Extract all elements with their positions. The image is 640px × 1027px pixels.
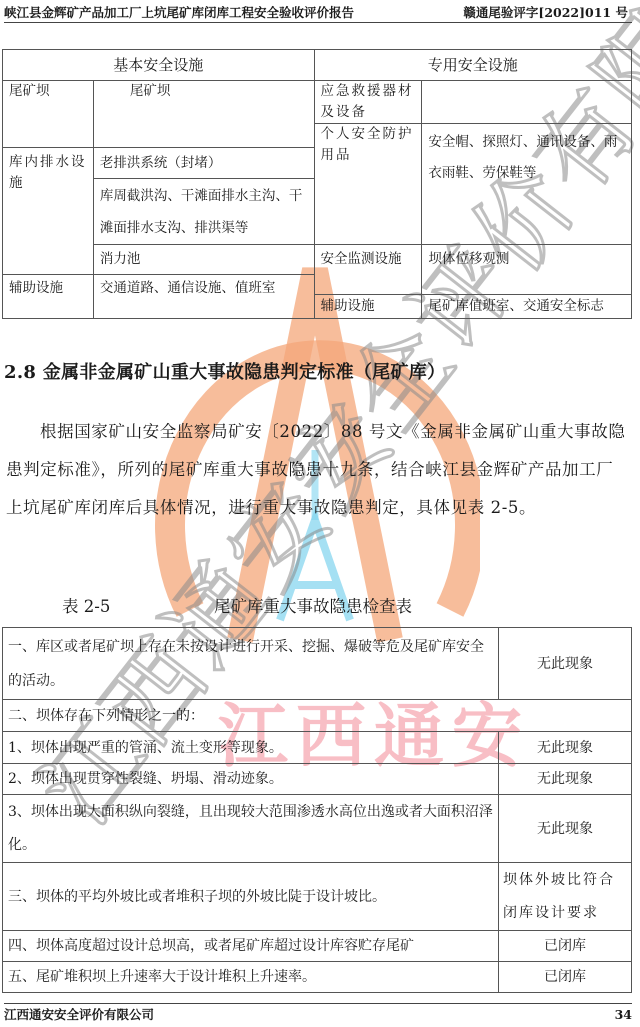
hazard-result: 无此现象 — [499, 795, 632, 863]
special-category: 应急救援器材及设备 — [314, 81, 422, 124]
body-paragraph: 根据国家矿山安全监察局矿安〔2022〕88 号文《金属非金属矿山重大事故隐患判定… — [6, 413, 630, 527]
hazard-result: 无此现象 — [499, 732, 632, 764]
hazard-item: 三、坝体的平均外坡比或者堆积子坝的外坡比陡于设计坡比。 — [3, 863, 499, 931]
table-row: 尾矿坝 尾矿坝 应急救援器材及设备 — [3, 81, 632, 124]
company-name: 江西通安安全评价有限公司 — [4, 1005, 154, 1023]
basic-facilities-header: 基本安全设施 — [3, 50, 315, 81]
table-number: 表 2-5 — [62, 593, 110, 617]
table-row: 2、坝体出现贯穿性裂缝、坍塌、滑动迹象。 无此现象 — [3, 764, 632, 795]
report-title: 峡江县金辉矿产品加工厂上坑尾矿库闭库工程安全验收评价报告 — [4, 3, 354, 21]
hazard-result: 坝体外坡比符合闭库设计要求 — [499, 863, 632, 931]
special-category: 辅助设施 — [314, 295, 422, 319]
hazard-result: 已闭库 — [499, 962, 632, 993]
table-row: 五、尾矿堆积坝上升速率大于设计堆积上升速率。 已闭库 — [3, 962, 632, 993]
hazard-item: 二、坝体存在下列情形之一的： — [3, 700, 632, 732]
special-facilities-header: 专用安全设施 — [314, 50, 632, 81]
hazard-check-table: 一、库区或者尾矿坝上存在未按设计进行开采、挖掘、爆破等危及尾矿库安全的活动。 无… — [2, 627, 632, 993]
basic-item: 尾矿坝 — [93, 81, 314, 148]
table-row: 消力池 安全监测设施 坝体位移观测 — [3, 245, 632, 275]
basic-category: 辅助设施 — [3, 275, 94, 319]
hazard-item: 五、尾矿堆积坝上升速率大于设计堆积上升速率。 — [3, 962, 499, 993]
special-category: 个人安全防护用品 — [314, 124, 422, 245]
special-category: 安全监测设施 — [314, 245, 422, 295]
special-value — [422, 81, 632, 124]
section-heading: 2.8 金属非金属矿山重大事故隐患判定标准（尾矿库） — [4, 358, 445, 384]
safety-facilities-table: 基本安全设施 专用安全设施 尾矿坝 尾矿坝 应急救援器材及设备 个人安全防护用品… — [2, 49, 632, 319]
page-footer: 江西通安安全评价有限公司 34 — [4, 1003, 632, 1024]
table-row: 四、坝体高度超过设计总坝高，或者尾矿库超过设计库容贮存尾矿 已闭库 — [3, 931, 632, 962]
table-header-row: 基本安全设施 专用安全设施 — [3, 50, 632, 81]
special-value: 安全帽、探照灯、通讯设备、雨衣雨鞋、劳保鞋等 — [422, 124, 632, 245]
special-value: 坝体位移观测 — [422, 245, 632, 295]
hazard-item: 3、坝体出现大面积纵向裂缝，且出现较大范围渗透水高位出逸或者大面积沼泽化。 — [3, 795, 499, 863]
special-value: 尾矿库值班室、交通安全标志 — [422, 295, 632, 319]
document-number: 赣通尾验评字[2022]011 号 — [463, 3, 632, 21]
table-title: 尾矿库重大事故隐患检查表 — [214, 593, 412, 617]
hazard-item: 四、坝体高度超过设计总坝高，或者尾矿库超过设计库容贮存尾矿 — [3, 931, 499, 962]
hazard-item: 1、坝体出现严重的管涌、流土变形等现象。 — [3, 732, 499, 764]
basic-category: 库内排水设施 — [3, 148, 94, 275]
basic-item: 消力池 — [93, 245, 314, 275]
basic-item: 库周截洪沟、干滩面排水主沟、干滩面排水支沟、排洪渠等 — [93, 179, 314, 245]
table-row: 3、坝体出现大面积纵向裂缝，且出现较大范围渗透水高位出逸或者大面积沼泽化。 无此… — [3, 795, 632, 863]
table-row: 二、坝体存在下列情形之一的： — [3, 700, 632, 732]
hazard-item: 2、坝体出现贯穿性裂缝、坍塌、滑动迹象。 — [3, 764, 499, 795]
basic-category: 尾矿坝 — [3, 81, 94, 148]
basic-item: 老排洪系统（封堵） — [93, 148, 314, 179]
table-row: 一、库区或者尾矿坝上存在未按设计进行开采、挖掘、爆破等危及尾矿库安全的活动。 无… — [3, 628, 632, 700]
page-number: 34 — [615, 1007, 632, 1022]
hazard-result: 无此现象 — [499, 764, 632, 795]
table-row: 1、坝体出现严重的管涌、流土变形等现象。 无此现象 — [3, 732, 632, 764]
basic-item: 交通道路、通信设施、值班室 — [93, 275, 314, 319]
page-header: 峡江县金辉矿产品加工厂上坑尾矿库闭库工程安全验收评价报告 赣通尾验评字[2022… — [4, 2, 632, 23]
table-row: 三、坝体的平均外坡比或者堆积子坝的外坡比陡于设计坡比。 坝体外坡比符合闭库设计要… — [3, 863, 632, 931]
hazard-item: 一、库区或者尾矿坝上存在未按设计进行开采、挖掘、爆破等危及尾矿库安全的活动。 — [3, 628, 499, 700]
hazard-result: 已闭库 — [499, 931, 632, 962]
hazard-result: 无此现象 — [499, 628, 632, 700]
